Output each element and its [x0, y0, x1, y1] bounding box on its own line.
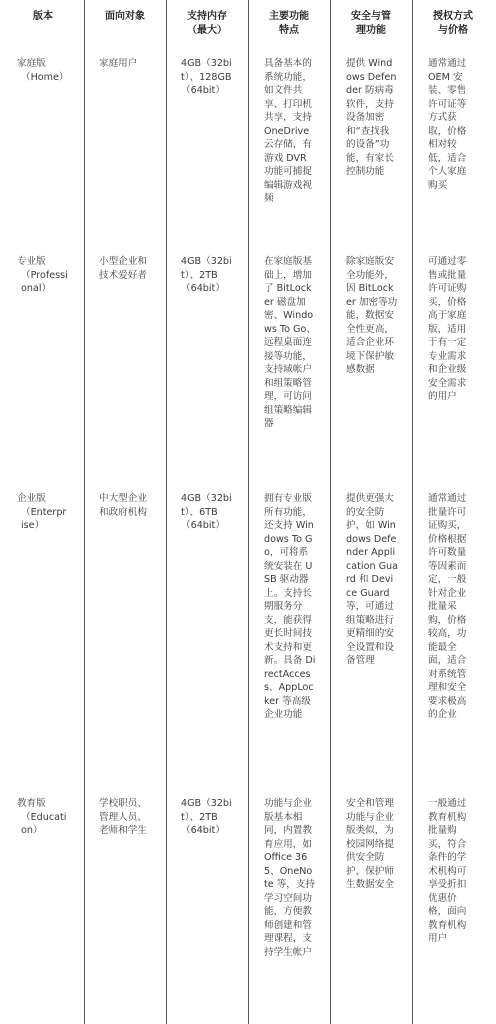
column-divider [166, 0, 167, 1024]
column-divider [330, 0, 331, 1024]
header-edition: 版本 [2, 10, 84, 24]
cell-features: 具备基本的系统功能，如文件共享、打印机共享，支持 OneDrive 云存储，有游… [264, 57, 316, 206]
header-memory: 支持内存 （最大） [166, 10, 248, 38]
edition-name-en: （Education） [17, 811, 69, 838]
header-features-line1: 主要功能 [248, 10, 330, 24]
cell-memory: 4GB（32bit）、128GB（64bit） [181, 57, 233, 98]
header-audience: 面向对象 [84, 10, 166, 24]
cell-security: 除家庭版安全功能外，因 BitLocker 加密等功能，数据安全性更高，适合企业… [346, 255, 398, 377]
cell-security: 提供 Windows Defender 防病毒软件，支持设备加密和“查找我的设备… [346, 57, 398, 179]
header-memory-line1: 支持内存 [166, 10, 248, 24]
cell-features: 拥有专业版所有功能，还支持 Windows To Go，可将系统安装在 USB … [264, 492, 316, 722]
header-licensing: 授权方式 与价格 [412, 10, 494, 38]
cell-audience: 家庭用户 [99, 57, 149, 71]
header-audience-text: 面向对象 [84, 10, 166, 24]
header-edition-text: 版本 [2, 10, 84, 24]
cell-features: 功能与企业版基本相同，内置教育应用，如 Office 365、OneNote 等… [264, 797, 316, 959]
edition-name-cn: 企业版 [17, 493, 46, 504]
cell-edition: 企业版 （Enterprise） [17, 492, 69, 533]
cell-security: 安全和管理功能与企业版类似，为校园网络提供安全防护，保护师生数据安全 [346, 797, 398, 892]
cell-licensing: 通常通过 OEM 安装、零售许可证等方式获取，价格相对较低，适合个人家庭购买 [428, 57, 472, 192]
column-divider [248, 0, 249, 1024]
header-features-line2: 特点 [248, 24, 330, 38]
cell-licensing: 通常通过批量许可证购买，价格根据许可数量等因素而定，一般针对企业批量采购，价格较… [428, 492, 472, 722]
windows-editions-table: 版本 面向对象 支持内存 （最大） 主要功能 特点 安全与管 理功能 授权方式 … [0, 0, 496, 1024]
cell-licensing: 一般通过教育机构批量购买，符合条件的学术机构可享受折扣优惠价格，面向教育机构用户 [428, 797, 472, 946]
header-features: 主要功能 特点 [248, 10, 330, 38]
header-security-line2: 理功能 [330, 24, 412, 38]
cell-edition: 教育版 （Education） [17, 797, 69, 838]
header-security: 安全与管 理功能 [330, 10, 412, 38]
column-divider [412, 0, 413, 1024]
cell-audience: 小型企业和技术爱好者 [99, 255, 149, 282]
header-licensing-line2: 与价格 [412, 24, 494, 38]
cell-security: 提供更强大的安全防护，如 Windows Defender Applicatio… [346, 492, 398, 668]
cell-audience: 学校职员、管理人员、老师和学生 [99, 797, 149, 838]
cell-edition: 家庭版 （Home） [17, 57, 69, 84]
cell-audience: 中大型企业和政府机构 [99, 492, 149, 519]
edition-name-cn: 教育版 [17, 798, 46, 809]
cell-memory: 4GB（32bit）、2TB（64bit） [181, 255, 233, 296]
header-security-line1: 安全与管 [330, 10, 412, 24]
edition-name-en: （Home） [17, 71, 69, 85]
cell-memory: 4GB（32bit）、2TB（64bit） [181, 797, 233, 838]
edition-name-en: （Enterprise） [17, 506, 69, 533]
edition-name-cn: 专业版 [17, 256, 46, 267]
cell-memory: 4GB（32bit）、6TB（64bit） [181, 492, 233, 533]
cell-licensing: 可通过零售或批量许可证购买，价格高于家庭版，适用于有一定专业需求和企业级安全需求… [428, 255, 472, 404]
edition-name-cn: 家庭版 [17, 58, 46, 69]
header-licensing-line1: 授权方式 [412, 10, 494, 24]
cell-edition: 专业版 （Professional） [17, 255, 69, 296]
header-memory-line2: （最大） [166, 24, 248, 38]
cell-features: 在家庭版基础上，增加了 BitLocker 磁盘加密、Windows To Go… [264, 255, 316, 431]
column-divider [84, 0, 85, 1024]
edition-name-en: （Professional） [17, 269, 69, 296]
